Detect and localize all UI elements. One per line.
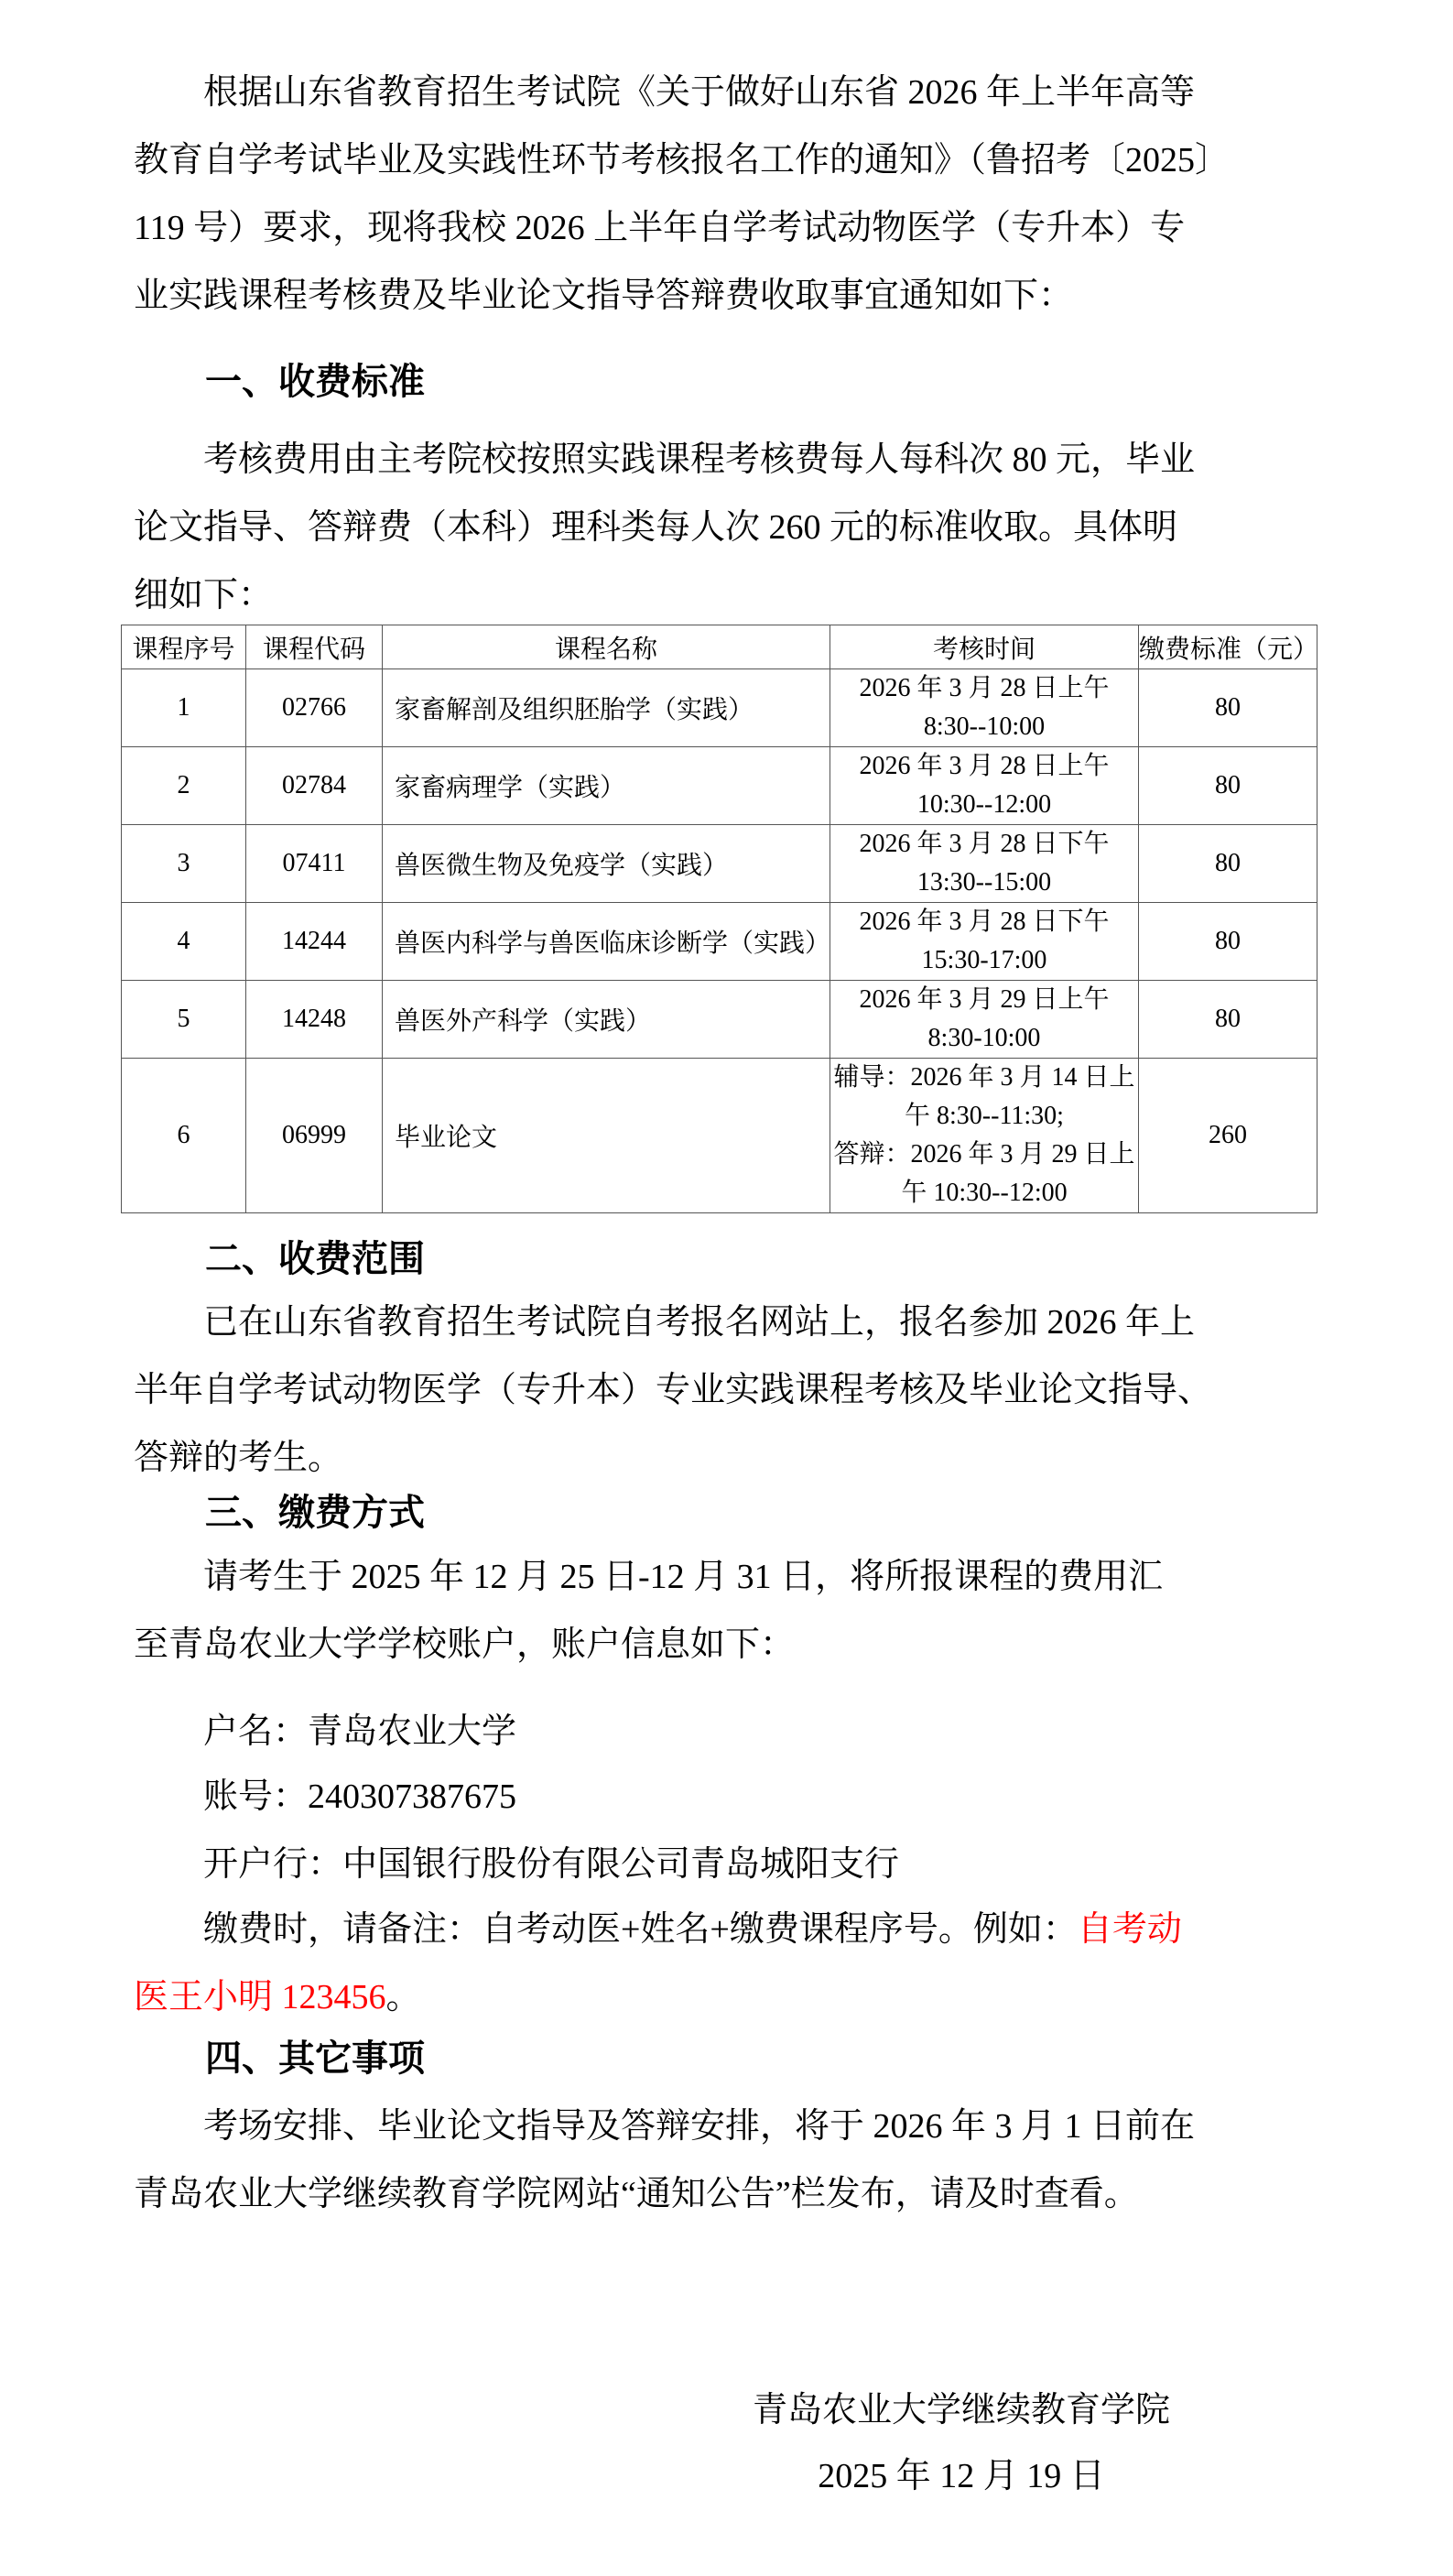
row4-seq: 4 [122, 903, 246, 981]
col-header-seq: 课程序号 [122, 625, 246, 669]
table-row: 4 14244 兽医内科学与兽医临床诊断学（实践） 2026 年 3 月 28 … [122, 903, 1317, 981]
table-row: 6 06999 毕业论文 辅导：2026 年 3 月 14 日上 午 8:30-… [122, 1059, 1317, 1213]
row1-exam-time: 2026 年 3 月 28 日上午 8:30--10:00 [830, 669, 1139, 747]
account-holder-line: 户名：青岛农业大学 [134, 1698, 1324, 1766]
payment-method-paragraph: 请考生于 2025 年 12 月 25 日-12 月 31 日，将所报课程的费用… [134, 1543, 1324, 1679]
col-header-code: 课程代码 [246, 625, 383, 669]
row5-exam-time: 2026 年 3 月 29 日上午 8:30-10:00 [830, 981, 1139, 1059]
row6-exam-time: 辅导：2026 年 3 月 14 日上 午 8:30--11:30; 答辩：20… [830, 1059, 1139, 1213]
row4-code: 14244 [246, 903, 383, 981]
row1-code: 02766 [246, 669, 383, 747]
row2-seq: 2 [122, 747, 246, 825]
account-number-line: 账号：240307387675 [134, 1763, 1324, 1831]
col-header-fee: 缴费标准（元） [1139, 625, 1317, 669]
row2-fee: 80 [1139, 747, 1317, 825]
col-header-name: 课程名称 [383, 625, 830, 669]
fee-standard-paragraph: 考核费用由主考院校按照实践课程考核费每人每科次 80 元，毕业 论文指导、答辩费… [134, 426, 1324, 629]
row5-fee: 80 [1139, 981, 1317, 1059]
row6-fee: 260 [1139, 1059, 1317, 1213]
remark-suffix: 。 [386, 1978, 421, 2016]
signature-date: 2025 年 12 月 19 日 [549, 2442, 1373, 2510]
col-header-time: 考核时间 [830, 625, 1139, 669]
row5-course-name: 兽医外产科学（实践） [383, 981, 830, 1059]
section-1-heading: 一、收费标准 [205, 362, 425, 402]
table-row: 2 02784 家畜病理学（实践） 2026 年 3 月 28 日上午 10:3… [122, 747, 1317, 825]
fee-scope-paragraph: 已在山东省教育招生考试院自考报名网站上，报名参加 2026 年上 半年自学考试动… [134, 1288, 1324, 1492]
table-row: 3 07411 兽医微生物及免疫学（实践） 2026 年 3 月 28 日下午 … [122, 825, 1317, 903]
table-header-row: 课程序号 课程代码 课程名称 考核时间 缴费标准（元） [122, 625, 1317, 669]
row2-course-name: 家畜病理学（实践） [383, 747, 830, 825]
section-3-heading: 三、缴费方式 [205, 1493, 425, 1533]
row6-course-name: 毕业论文 [383, 1059, 830, 1213]
row2-exam-time: 2026 年 3 月 28 日上午 10:30--12:00 [830, 747, 1139, 825]
fee-table: 课程序号 课程代码 课程名称 考核时间 缴费标准（元） 1 02766 家畜解剖… [121, 625, 1317, 1213]
row2-code: 02784 [246, 747, 383, 825]
row1-fee: 80 [1139, 669, 1317, 747]
row6-seq: 6 [122, 1059, 246, 1213]
row6-code: 06999 [246, 1059, 383, 1213]
row1-seq: 1 [122, 669, 246, 747]
signature-org: 青岛农业大学继续教育学院 [549, 2376, 1373, 2444]
row3-code: 07411 [246, 825, 383, 903]
row4-exam-time: 2026 年 3 月 28 日下午 15:30-17:00 [830, 903, 1139, 981]
document-page: 根据山东省教育招生考试院《关于做好山东省 2026 年上半年高等 教育自学考试毕… [0, 0, 1453, 2576]
section-2-heading: 二、收费范围 [205, 1239, 425, 1279]
row3-fee: 80 [1139, 825, 1317, 903]
row3-exam-time: 2026 年 3 月 28 日下午 13:30--15:00 [830, 825, 1139, 903]
row4-course-name: 兽医内科学与兽医临床诊断学（实践） [383, 903, 830, 981]
other-matters-paragraph: 考场安排、毕业论文指导及答辩安排，将于 2026 年 3 月 1 日前在 青岛农… [134, 2092, 1324, 2228]
row5-code: 14248 [246, 981, 383, 1059]
remark-prefix: 缴费时，请备注：自考动医+姓名+缴费课程序号。例如： [134, 1910, 1078, 1949]
row5-seq: 5 [122, 981, 246, 1059]
payment-remark-paragraph: 缴费时，请备注：自考动医+姓名+缴费课程序号。例如：自考动 医王小明 12345… [134, 1896, 1324, 2031]
row1-course-name: 家畜解剖及组织胚胎学（实践） [383, 669, 830, 747]
intro-paragraph: 根据山东省教育招生考试院《关于做好山东省 2026 年上半年高等 教育自学考试毕… [134, 59, 1324, 330]
section-4-heading: 四、其它事项 [205, 2038, 425, 2079]
table-row: 1 02766 家畜解剖及组织胚胎学（实践） 2026 年 3 月 28 日上午… [122, 669, 1317, 747]
row3-seq: 3 [122, 825, 246, 903]
table-row: 5 14248 兽医外产科学（实践） 2026 年 3 月 29 日上午 8:3… [122, 981, 1317, 1059]
row3-course-name: 兽医微生物及免疫学（实践） [383, 825, 830, 903]
row4-fee: 80 [1139, 903, 1317, 981]
account-bank-line: 开户行：中国银行股份有限公司青岛城阳支行 [134, 1831, 1324, 1898]
